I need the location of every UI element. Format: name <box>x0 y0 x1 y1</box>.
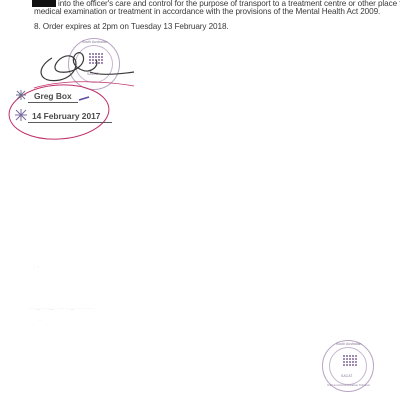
paragraph-line-2: medical examination or treatment in acco… <box>34 7 380 16</box>
tribunal-seal-bottom: South Australian SACAT Civil and Adminis… <box>322 340 374 392</box>
redaction-block <box>32 0 56 7</box>
seal-building-icon <box>343 355 357 366</box>
signature-date: 14 February 2017 <box>32 111 100 121</box>
asterisk-mark-icon <box>15 89 27 101</box>
scan-artifact: · ·ʼ <box>34 265 39 270</box>
asterisk-mark-icon <box>14 108 28 122</box>
signatory-name: Greg Box <box>34 91 72 101</box>
scan-artifact: · · <box>38 318 42 323</box>
order-expiry-item: 8. Order expires at 2pm on Tuesday 13 Fe… <box>34 22 229 31</box>
name-underline <box>28 102 78 103</box>
date-underline <box>28 122 112 123</box>
scan-artifact: · · · ·— · ·· ·— · · · ·· · · — · · · · … <box>28 306 94 311</box>
